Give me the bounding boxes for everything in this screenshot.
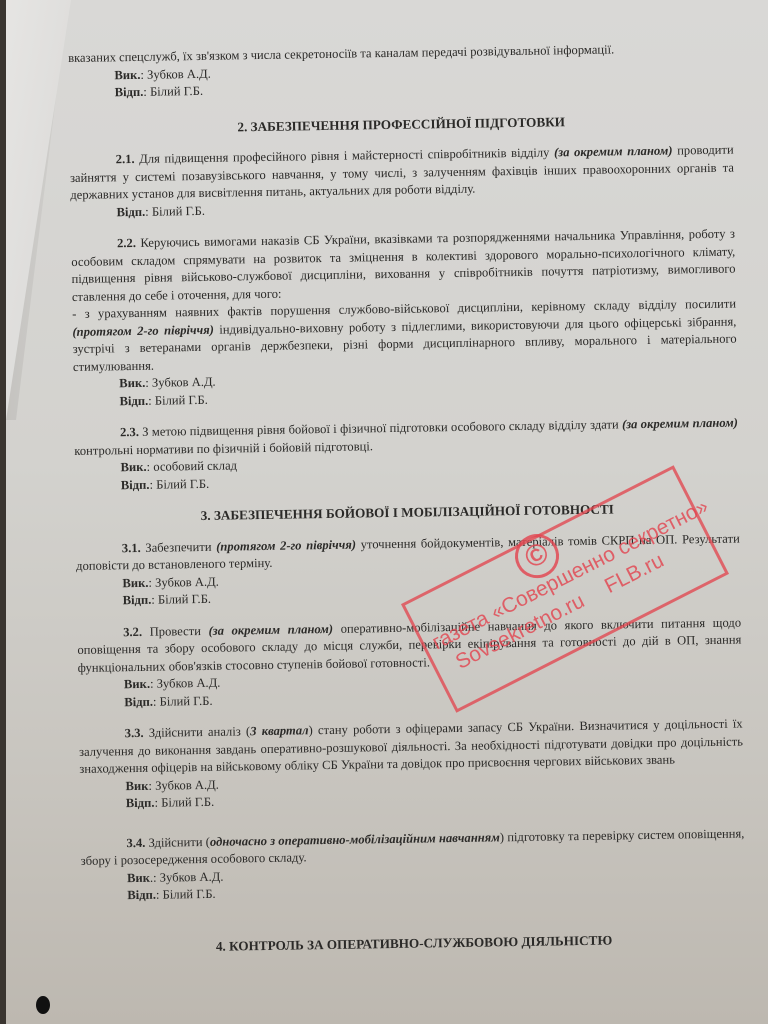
section-2-title: 2. ЗАБЕЗПЕЧЕННЯ ПРОФЕССІЙНОЇ ПІДГОТОВКИ [69, 110, 733, 138]
item-2-2-bullet: - з урахуванням наявних фактів порушення… [72, 296, 737, 376]
ink-dot [36, 996, 50, 1014]
item-3-3: 3.3. Здійснити аналіз (3 квартал) стану … [79, 715, 744, 778]
item-2-2: 2.2. Керуючись вимогами наказів СБ Украї… [71, 226, 736, 306]
section-4-title: 4. КОНТРОЛЬ ЗА ОПЕРАТИВНО-СЛУЖБОВОЮ ДІЯЛ… [82, 929, 746, 957]
